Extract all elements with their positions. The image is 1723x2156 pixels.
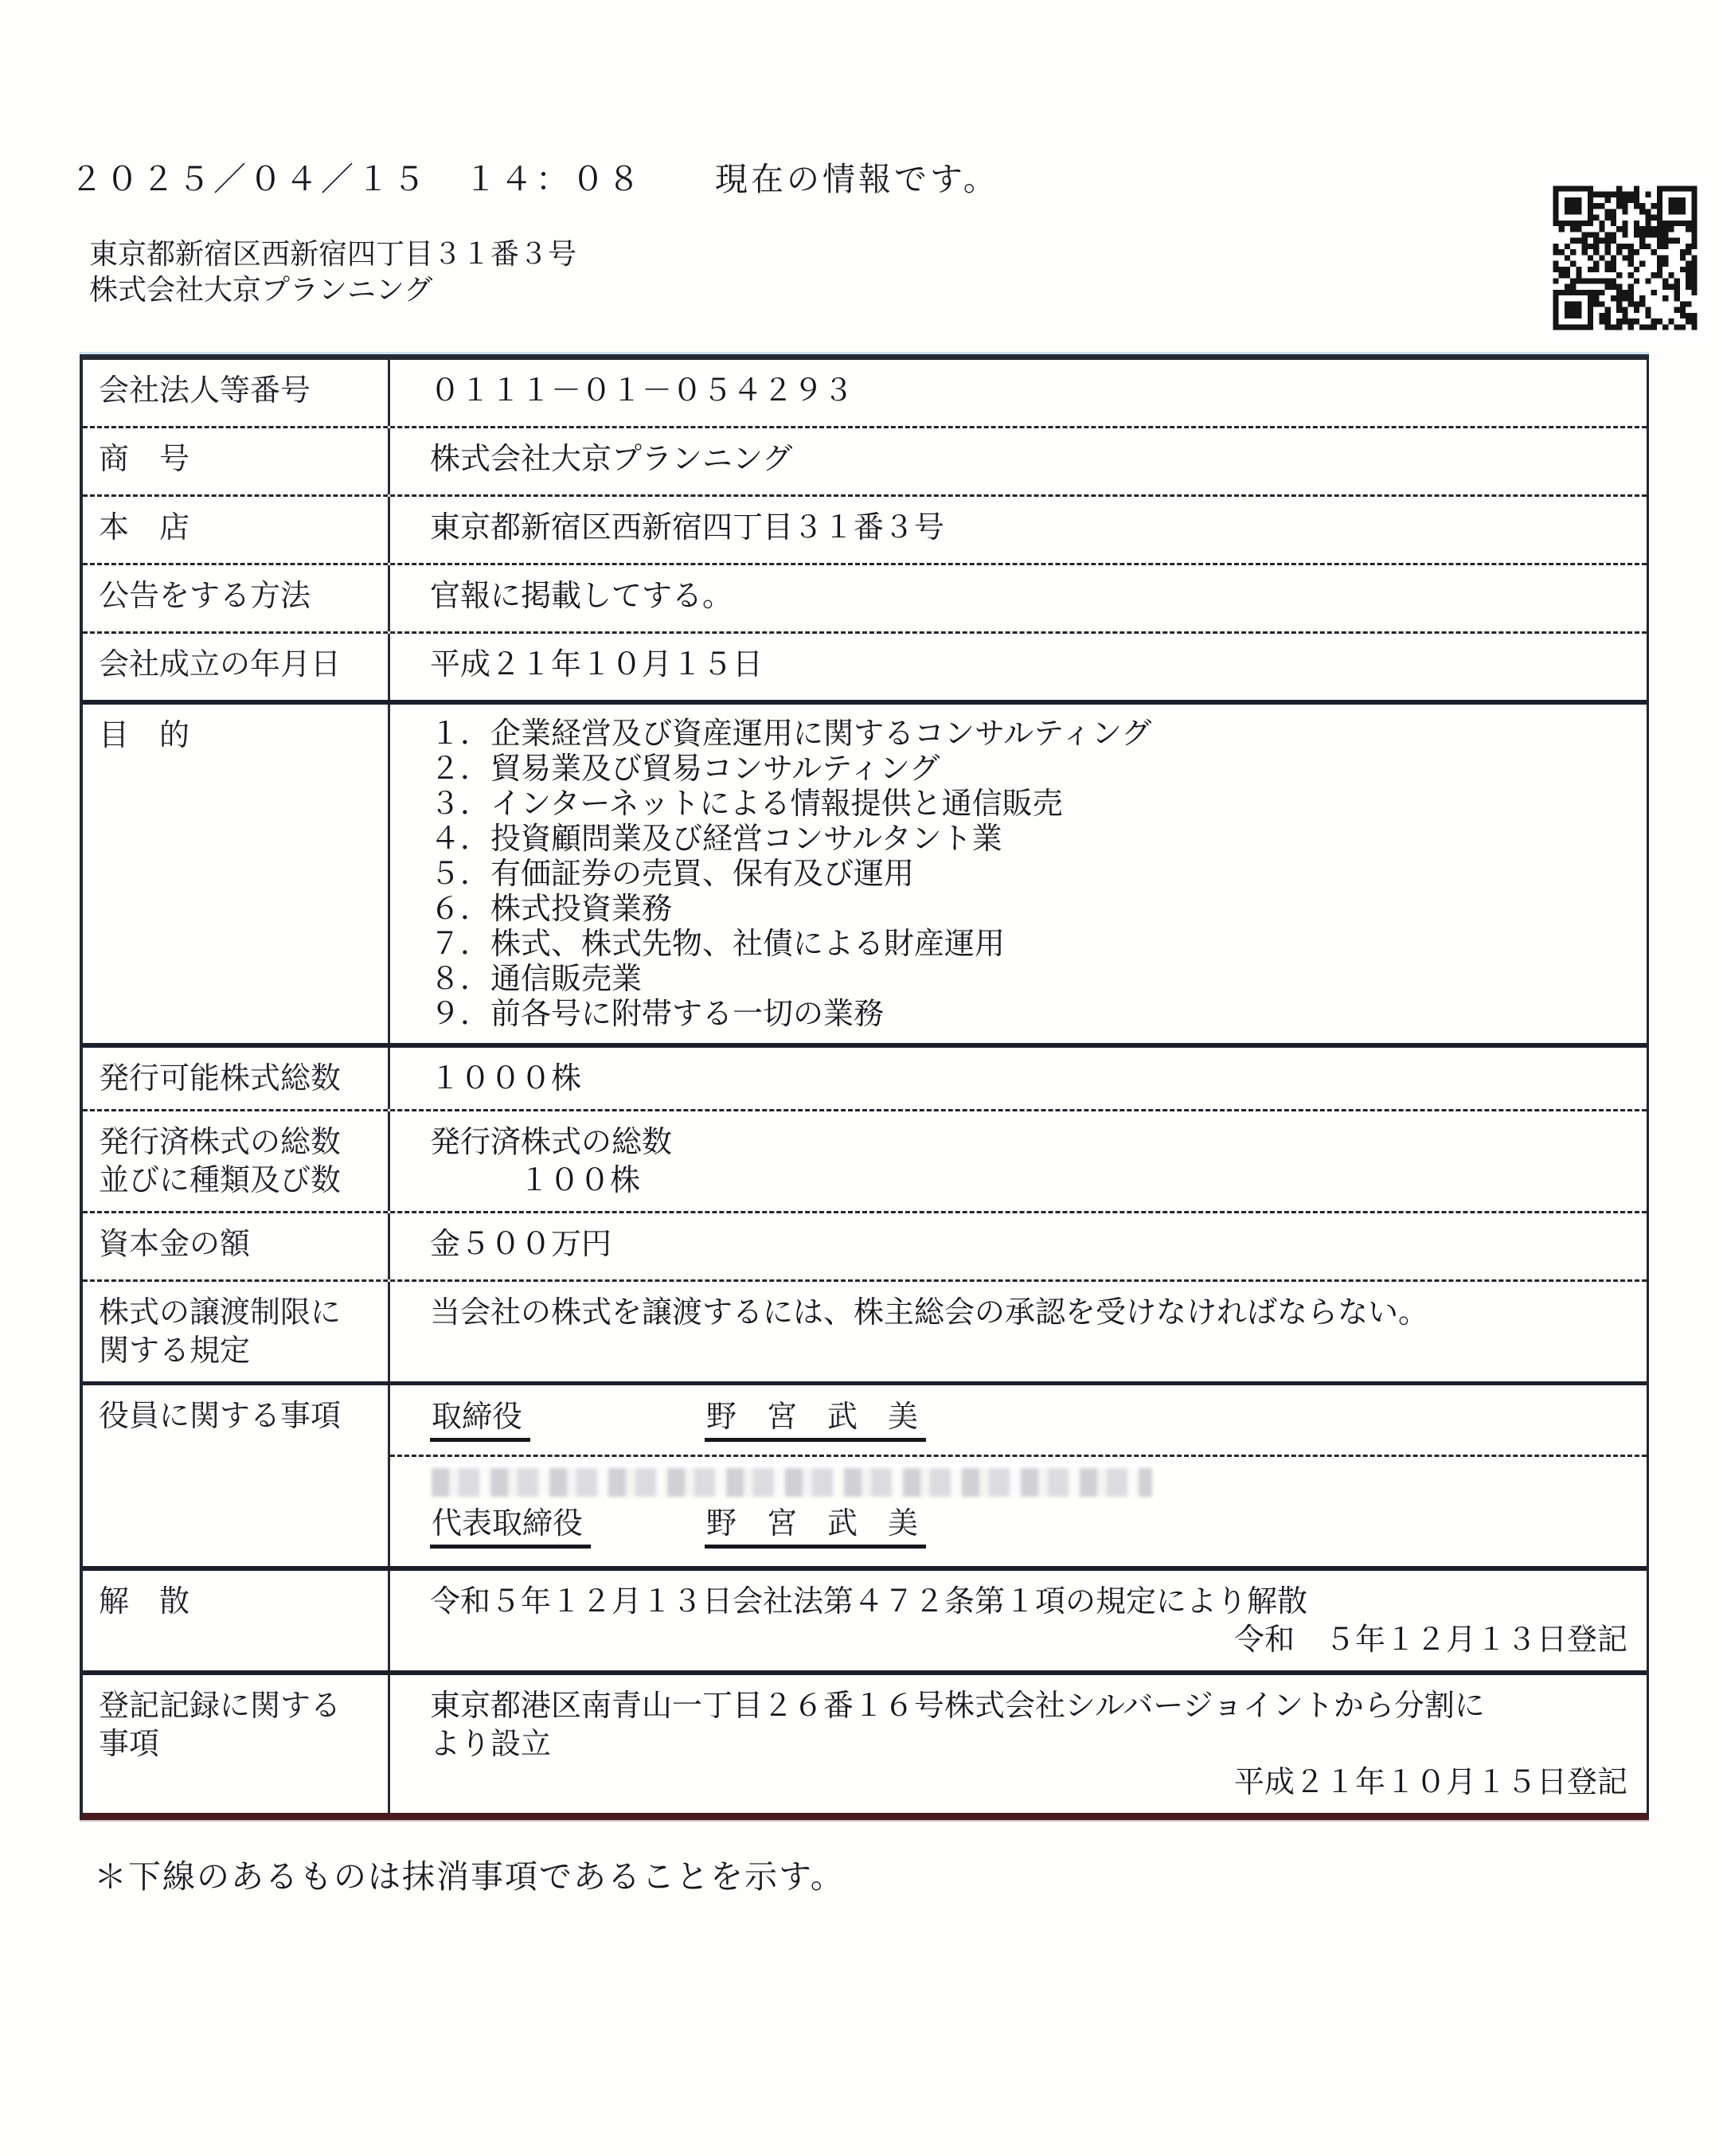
dissolution-text: 令和５年１２月１３日会社法第４７２条第１項の規定により解散: [430, 1583, 1629, 1621]
purpose-item: ４．投資顧問業及び経営コンサルタント業: [430, 822, 1629, 857]
purpose-item: ５．有価証券の売買、保有及び運用: [430, 857, 1629, 892]
row-value: 令和５年１２月１３日会社法第４７２条第１項の規定により解散 令和 ５年１２月１３…: [388, 1571, 1647, 1670]
purpose-item: ７．株式、株式先物、社債による財産運用: [430, 927, 1629, 962]
row-label: 会社法人等番号: [83, 360, 388, 426]
row-issued-shares: 発行済株式の総数 並びに種類及び数 発行済株式の総数 １００株: [83, 1109, 1647, 1211]
row-value: 平成２１年１０月１５日: [388, 634, 1647, 700]
row-label: 登記記録に関する 事項: [83, 1675, 388, 1813]
value-line: 発行済株式の総数: [430, 1123, 1629, 1162]
registry-table: 会社法人等番号 ０１１１－０１－０５４２９３ 商 号 株式会社大京プランニング …: [80, 354, 1649, 1820]
label-line: 登記記録に関する: [99, 1687, 378, 1725]
row-purpose: 目 的 １．企業経営及び資産運用に関するコンサルティング ２．貿易業及び貿易コン…: [83, 700, 1647, 1043]
row-authorized-shares: 発行可能株式総数 １０００株: [83, 1043, 1647, 1109]
officer-entry-director: 取締役野 宮 武 美: [390, 1385, 1647, 1455]
row-label: 役員に関する事項: [83, 1385, 388, 1566]
purpose-item: ９．前各号に附帯する一切の業務: [430, 997, 1629, 1032]
erased-address-line: [432, 1468, 1152, 1497]
row-value: ０１１１－０１－０５４２９３: [388, 360, 1647, 426]
purpose-item: １．企業経営及び資産運用に関するコンサルティング: [430, 717, 1629, 752]
row-label: 株式の譲渡制限に 関する規定: [83, 1282, 388, 1381]
row-label: 公告をする方法: [83, 565, 388, 631]
qr-code-image: [1541, 174, 1709, 342]
registry-record-text: より設立: [430, 1725, 1629, 1763]
row-corporate-number: 会社法人等番号 ０１１１－０１－０５４２９３: [83, 360, 1647, 426]
row-label: 資本金の額: [83, 1213, 388, 1279]
row-public-notice: 公告をする方法 官報に掲載してする。: [83, 563, 1647, 631]
officer-name: 野 宮 武 美: [705, 1505, 926, 1549]
row-value: 官報に掲載してする。: [388, 565, 1647, 631]
row-label: 目 的: [83, 705, 388, 1043]
row-trade-name: 商 号 株式会社大京プランニング: [83, 426, 1647, 494]
label-line: 並びに種類及び数: [99, 1162, 378, 1200]
row-officers: 役員に関する事項 取締役野 宮 武 美 代表取締役野 宮 武 美: [83, 1381, 1647, 1566]
row-dissolution: 解 散 令和５年１２月１３日会社法第４７２条第１項の規定により解散 令和 ５年１…: [83, 1566, 1647, 1670]
label-line: 発行済株式の総数: [99, 1123, 378, 1162]
officer-title: 代表取締役: [430, 1505, 591, 1549]
registry-record-text: 東京都港区南青山一丁目２６番１６号株式会社シルバージョイントから分割に: [430, 1687, 1629, 1725]
row-value: 東京都港区南青山一丁目２６番１６号株式会社シルバージョイントから分割に より設立…: [388, 1675, 1647, 1813]
recipient-block: 東京都新宿区西新宿四丁目３１番３号 株式会社大京プランニング: [89, 236, 1723, 308]
registration-date: 令和 ５年１２月１３日登記: [430, 1621, 1629, 1659]
row-label: 解 散: [83, 1571, 388, 1670]
row-value: １．企業経営及び資産運用に関するコンサルティング ２．貿易業及び貿易コンサルティ…: [388, 705, 1647, 1043]
row-value: 金５００万円: [388, 1213, 1647, 1279]
row-value: 当会社の株式を譲渡するには、株主総会の承認を受けなければならない。: [388, 1282, 1647, 1381]
row-capital: 資本金の額 金５００万円: [83, 1211, 1647, 1279]
label-line: 株式の譲渡制限に: [99, 1294, 378, 1332]
qr-code: [1541, 174, 1709, 342]
row-label: 本 店: [83, 497, 388, 563]
officer-title: 取締役: [430, 1398, 530, 1442]
recipient-address: 東京都新宿区西新宿四丁目３１番３号: [89, 236, 1723, 272]
row-label: 会社成立の年月日: [83, 634, 388, 700]
row-label: 商 号: [83, 428, 388, 494]
purpose-item: ３．インターネットによる情報提供と通信販売: [430, 787, 1629, 822]
row-value: 取締役野 宮 武 美 代表取締役野 宮 武 美: [388, 1385, 1647, 1566]
row-value: 発行済株式の総数 １００株: [388, 1111, 1647, 1211]
purpose-item: ６．株式投資業務: [430, 892, 1629, 927]
row-share-transfer-restriction: 株式の譲渡制限に 関する規定 当会社の株式を譲渡するには、株主総会の承認を受けな…: [83, 1279, 1647, 1381]
officer-entry-representative: 代表取締役野 宮 武 美: [390, 1455, 1647, 1566]
row-value: １０００株: [388, 1048, 1647, 1109]
timestamp-line: ２０２５／０４／１５ １４：０８ 現在の情報です。: [70, 153, 1723, 200]
purpose-item: ２．貿易業及び貿易コンサルティング: [430, 752, 1629, 787]
row-registry-record: 登記記録に関する 事項 東京都港区南青山一丁目２６番１６号株式会社シルバージョイ…: [83, 1670, 1647, 1813]
row-label: 発行済株式の総数 並びに種類及び数: [83, 1111, 388, 1211]
row-value: 株式会社大京プランニング: [388, 428, 1647, 494]
registration-date: 平成２１年１０月１５日登記: [430, 1763, 1629, 1802]
purpose-item: ８．通信販売業: [430, 962, 1629, 997]
underline-note: ＊下線のあるものは抹消事項であることを示す。: [94, 1850, 1723, 1897]
row-value: 東京都新宿区西新宿四丁目３１番３号: [388, 497, 1647, 563]
value-line: １００株: [430, 1162, 1629, 1200]
row-head-office: 本 店 東京都新宿区西新宿四丁目３１番３号: [83, 494, 1647, 563]
recipient-company-name: 株式会社大京プランニング: [89, 272, 1723, 308]
label-line: 事項: [99, 1725, 378, 1763]
row-incorporation-date: 会社成立の年月日 平成２１年１０月１５日: [83, 631, 1647, 700]
officer-name: 野 宮 武 美: [705, 1398, 926, 1442]
label-line: 関する規定: [99, 1332, 378, 1370]
row-label: 発行可能株式総数: [83, 1048, 388, 1109]
